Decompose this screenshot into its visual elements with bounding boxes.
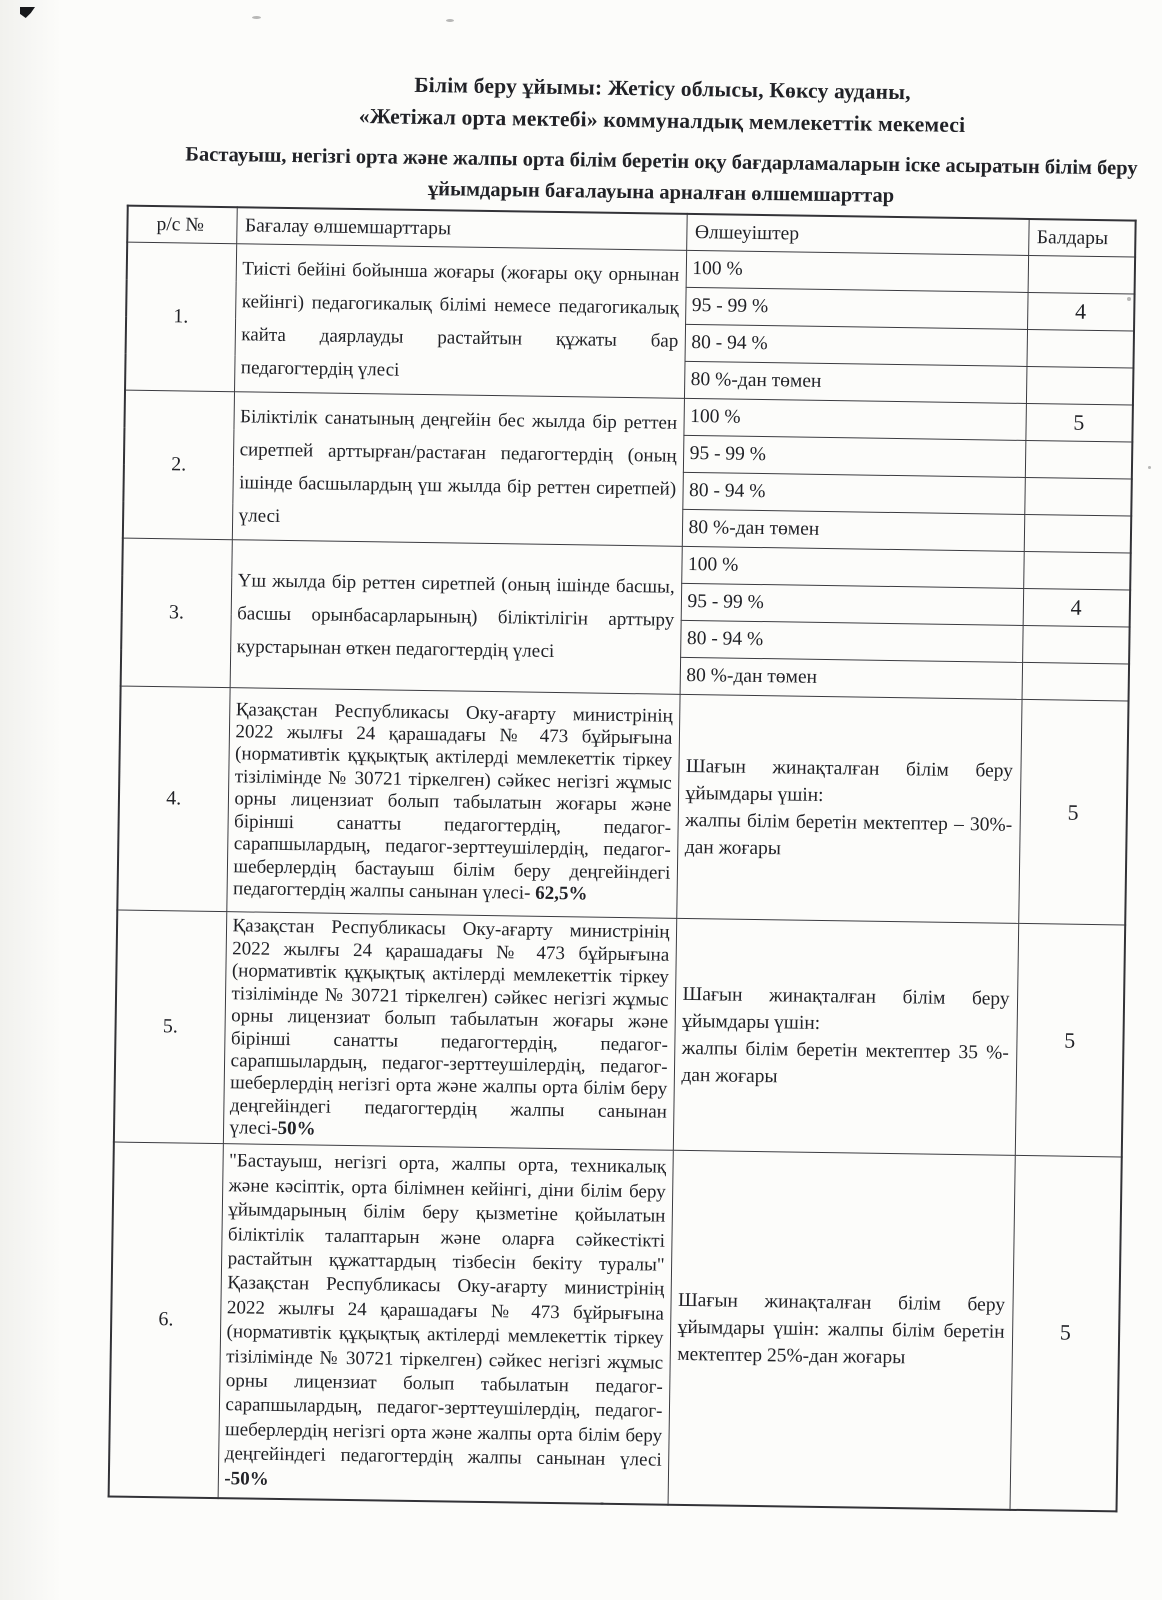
measure-line-1: Шағын жинақталған білім беру ұйымдары үш… — [677, 1287, 1005, 1373]
criteria-bold-value: -50% — [224, 1468, 269, 1490]
measure-cell: 80 - 94 % — [682, 472, 1025, 514]
criteria-cell: Үш жылда бір реттен сиретпей (оның ішінд… — [230, 540, 682, 695]
points-cell — [1023, 551, 1131, 590]
criteria-bold-value: 62,5% — [535, 883, 588, 905]
measure-line-1: Шағын жинақталған білім беру ұйымдары үш… — [682, 980, 1010, 1039]
row-number-cell: 4. — [117, 686, 229, 912]
measure-line-1: Шағын жинақталған білім беру ұйымдары үш… — [685, 752, 1013, 811]
points-cell — [1026, 329, 1134, 368]
table-row-4: 4. Қазақстан Республикасы Оку-ағарту мин… — [117, 686, 1128, 925]
document-title: Білім беру ұйымы: Жетісу облысы, Көксу а… — [158, 65, 1162, 144]
measure-cell: 95 - 99 % — [683, 435, 1026, 477]
points-cell — [1025, 440, 1133, 479]
row-number-cell: 2. — [123, 390, 234, 540]
measure-cell: 80 %-дан төмен — [682, 509, 1025, 551]
criteria-cell: Біліктілік санатының деңгейін бес жылда … — [232, 392, 684, 547]
measure-cell: 95 - 99 % — [685, 287, 1028, 329]
document-content: Білім беру ұйымы: Жетісу облысы, Көксу а… — [108, 53, 1137, 1498]
measure-cell: Шағын жинақталған білім беру ұйымдары үш… — [673, 918, 1018, 1155]
row-number-cell: 5. — [114, 910, 226, 1144]
table-row-5: 5. Қазақстан Республикасы Оку-ағарту мин… — [114, 910, 1125, 1157]
points-cell: 5 — [1018, 699, 1128, 925]
measure-cell: Шағын жинақталған білім беру ұйымдары үш… — [668, 1150, 1015, 1509]
criteria-cell: Қазақстан Республикасы Оку-ағарту минист… — [226, 688, 679, 919]
points-cell — [1024, 477, 1132, 516]
points-cell — [1026, 366, 1134, 405]
measure-line-2: жалпы білім беретін мектептер 35 %-дан ж… — [681, 1034, 1009, 1093]
measure-cell: 100 % — [686, 250, 1029, 292]
header-measures: Өлшеуіштер — [686, 214, 1029, 256]
scanned-page: Білім беру ұйымы: Жетісу облысы, Көксу а… — [0, 0, 1162, 1600]
measure-cell: 80 %-дан төмен — [684, 361, 1027, 403]
measure-cell: Шағын жинақталған білім беру ұйымдары үш… — [676, 694, 1021, 923]
paper-edge-shadow — [0, 0, 62, 1600]
criteria-cell: "Бастауыш, негізгі орта, жалпы орта, тех… — [218, 1144, 673, 1505]
points-cell — [1024, 514, 1132, 553]
table-row-6: 6. "Бастауыш, негізгі орта, жалпы орта, … — [109, 1142, 1122, 1511]
points-cell — [1022, 625, 1130, 664]
points-cell: 4 — [1027, 292, 1135, 331]
header-number: р/с № — [127, 206, 237, 244]
points-cell — [1028, 255, 1136, 294]
scan-speck — [446, 19, 454, 22]
criteria-bold-value: 50% — [277, 1118, 315, 1140]
points-cell — [1022, 662, 1130, 701]
scan-speck — [252, 16, 261, 19]
points-cell: 5 — [1025, 403, 1133, 442]
measure-line-2: жалпы білім беретін мектептер – 30%-дан … — [685, 806, 1013, 865]
scan-artifact-corner — [20, 7, 35, 18]
row-number-cell: 1. — [125, 242, 236, 392]
criteria-text: "Бастауыш, негізгі орта, жалпы орта, тех… — [225, 1151, 667, 1471]
points-cell: 4 — [1023, 588, 1131, 627]
document-subtitle: Бастауыш, негізгі орта және жалпы орта б… — [155, 139, 1162, 216]
measure-cell: 80 - 94 % — [685, 324, 1028, 366]
measure-cell: 80 %-дан төмен — [680, 657, 1023, 699]
measure-cell: 100 % — [683, 398, 1026, 440]
measure-cell: 80 - 94 % — [680, 620, 1023, 662]
measure-cell: 100 % — [681, 546, 1024, 588]
row-number-cell: 6. — [109, 1142, 223, 1498]
criteria-table: р/с № Бағалау өлшемшарттары Өлшеуіштер Б… — [108, 205, 1137, 1512]
criteria-text: Қазақстан Республикасы Оку-ағарту минист… — [229, 916, 669, 1139]
criteria-cell: Қазақстан Республикасы Оку-ағарту минист… — [223, 912, 676, 1151]
points-cell: 5 — [1010, 1155, 1122, 1511]
scan-speck — [1148, 466, 1151, 469]
measure-cell: 95 - 99 % — [681, 583, 1024, 625]
row-number-cell: 3. — [121, 538, 232, 688]
criteria-text: Қазақстан Республикасы Оку-ағарту минист… — [233, 699, 673, 904]
points-cell: 5 — [1015, 923, 1125, 1157]
criteria-cell: Тиісті бейіні бойынша жоғары (жоғары оқу… — [234, 244, 686, 399]
header-points: Балдары — [1028, 219, 1136, 257]
